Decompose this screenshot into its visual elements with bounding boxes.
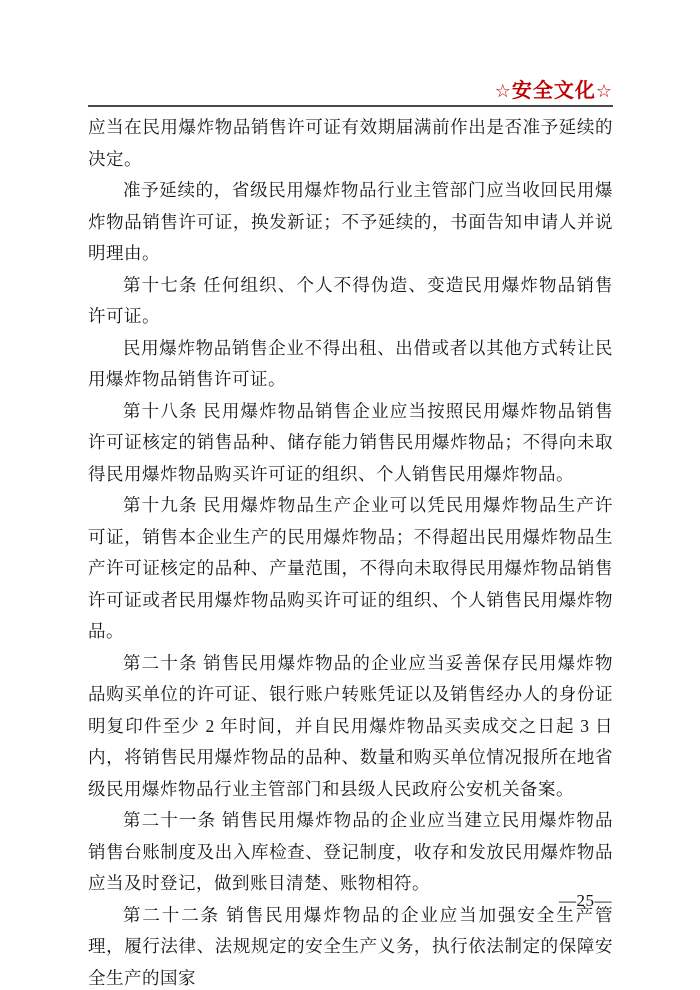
page-number: —25— xyxy=(559,891,612,911)
paragraph: 第二十条 销售民用爆炸物品的企业应当妥善保存民用爆炸物品购买单位的许可证、银行账… xyxy=(88,648,613,806)
paragraph: 第十九条 民用爆炸物品生产企业可以凭民用爆炸物品生产许可证，销售本企业生产的民用… xyxy=(88,490,613,648)
document-page: ☆安全文化☆ 应当在民用爆炸物品销售许可证有效期届满前作出是否准予延续的决定。准… xyxy=(0,0,700,990)
paragraph: 第十七条 任何组织、个人不得伪造、变造民用爆炸物品销售许可证。 xyxy=(88,270,613,333)
page-header: ☆安全文化☆ xyxy=(88,80,613,102)
header-title: 安全文化 xyxy=(512,80,596,102)
star-icon: ☆ xyxy=(495,81,512,101)
paragraph: 准予延续的，省级民用爆炸物品行业主管部门应当收回民用爆炸物品销售许可证，换发新证… xyxy=(88,175,613,270)
paragraph: 民用爆炸物品销售企业不得出租、出借或者以其他方式转让民用爆炸物品销售许可证。 xyxy=(88,333,613,396)
star-icon: ☆ xyxy=(596,81,613,101)
paragraph: 第二十一条 销售民用爆炸物品的企业应当建立民用爆炸物品销售台账制度及出入库检查、… xyxy=(88,805,613,900)
document-body: 应当在民用爆炸物品销售许可证有效期届满前作出是否准予延续的决定。准予延续的，省级… xyxy=(88,112,613,990)
paragraph: 第二十二条 销售民用爆炸物品的企业应当加强安全生产管理，履行法律、法规规定的安全… xyxy=(88,900,613,990)
content-area: ☆安全文化☆ 应当在民用爆炸物品销售许可证有效期届满前作出是否准予延续的决定。准… xyxy=(88,0,613,990)
header-divider xyxy=(88,105,613,107)
paragraph: 应当在民用爆炸物品销售许可证有效期届满前作出是否准予延续的决定。 xyxy=(88,112,613,175)
paragraph: 第十八条 民用爆炸物品销售企业应当按照民用爆炸物品销售许可证核定的销售品种、储存… xyxy=(88,396,613,491)
